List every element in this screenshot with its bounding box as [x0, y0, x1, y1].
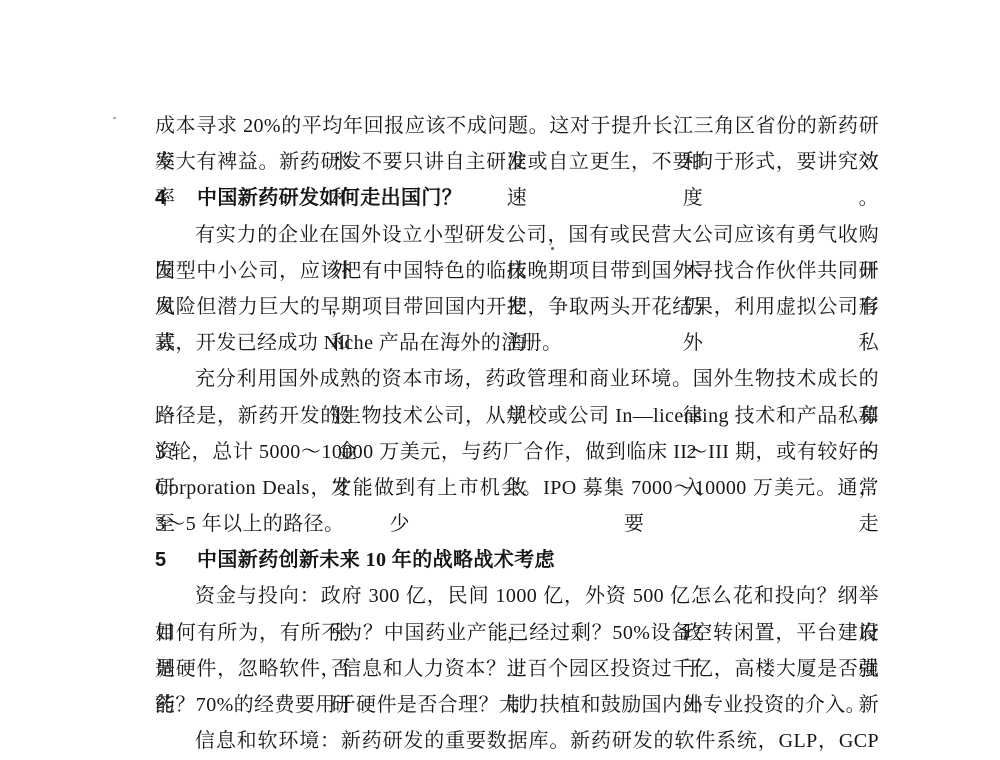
- text-line: 风险但潜力巨大的早期项目带回国内开发，争取两头开花结果，利用虚拟公司形式和海外私: [155, 289, 879, 325]
- document-text-block: 成本寻求 20%的平均年回报应该不成问题。这对于提升长江三角区省份的新药研发水准…: [155, 108, 879, 759]
- text-line: 如何有所为，有所不为？中国药业产能已经过剩？50%设备空转闲置，平台建设是否过于…: [155, 615, 879, 651]
- section-title: 中国新药创新未来 10 年的战略战术考虑: [197, 549, 555, 571]
- text-line: 充分利用国外成熟的资本市场，药政管理和商业环境。国外生物技术成长的一般规律和: [155, 361, 879, 397]
- scan-speck: [113, 117, 116, 119]
- section-number: 4: [155, 180, 197, 216]
- text-line: 路径是，新药开发的生物技术公司，从学校或公司 In—licensing 技术和产…: [155, 398, 879, 434]
- text-line: 调硬件，忽略软件，信息和人力资本？上百个园区投资过千亿，高楼大厦是否就能研制出新: [155, 651, 879, 687]
- text-line: 率大有裨益。新药研发不要只讲自主研发或自立更生，不要拘于形式，要讲究效率和速度。: [155, 144, 879, 180]
- text-line: 信息和软环境：新药研发的重要数据库。新药研发的软件系统，GLP，GCP 和 GM…: [155, 723, 879, 759]
- text-line: 药？70%的经费要用于硬件是否合理？大力扶植和鼓励国内外专业投资的介入。: [155, 687, 879, 723]
- section-number: 5: [155, 542, 197, 578]
- text-line: 有实力的企业在国外设立小型研发公司，国有或民营大公司应该有勇气收购国外技术研: [155, 217, 879, 253]
- text-line: Corporation Deals，才能做到有上市机会。IPO 募集 7000～…: [155, 470, 879, 506]
- section-title: 中国新药研发如何走出国门？: [197, 187, 462, 209]
- text-line: 成本寻求 20%的平均年回报应该不成问题。这对于提升长江三角区省份的新药研发水准…: [155, 108, 879, 144]
- text-line: 资金与投向：政府 300 亿，民间 1000 亿，外资 500 亿怎么花和投向？…: [155, 578, 879, 614]
- section-heading-5: 5中国新药创新未来 10 年的战略战术考虑: [155, 542, 879, 578]
- scanned-document-page: 成本寻求 20%的平均年回报应该不成问题。这对于提升长江三角区省份的新药研发水准…: [0, 0, 1000, 760]
- text-line: 发型中小公司，应该把有中国特色的临床晚期项目带到国外寻找合作伙伴共同开发，把仍有: [155, 253, 879, 289]
- text-line: 3 轮，总计 5000～10000 万美元，与药厂合作，做到临床 II～III …: [155, 434, 879, 470]
